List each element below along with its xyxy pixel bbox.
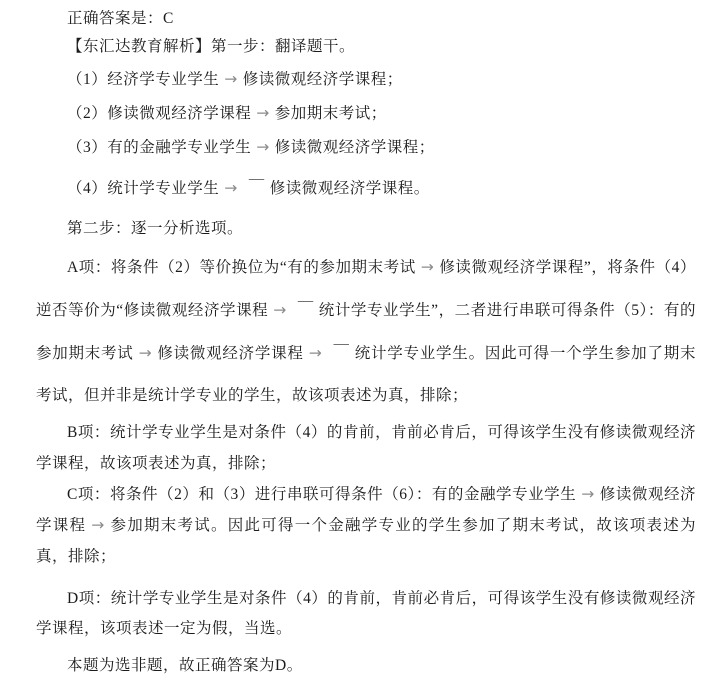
condition-1: （1）经济学专业学生→修读微观经济学课程； <box>36 62 696 97</box>
condition-2: （2）修读微观经济学课程→参加期末考试； <box>36 97 696 130</box>
text-segment: 参加期末考试。因此可得一个金融学专业的学生参加了期末考试，故该项表述为真，排除； <box>36 517 696 565</box>
option-c-analysis: C项：将条件（2）和（3）进行串联可得条件（6）：有的金融学专业学生→修读微观经… <box>36 479 696 572</box>
text-segment: （1）经济学专业学生 <box>67 71 219 88</box>
arrow-icon: → <box>251 104 275 122</box>
text-segment: C项：将条件（2）和（3）进行串联可得条件（6）：有的金融学专业学生 <box>67 486 576 503</box>
text-segment: （4）统计学专业学生 <box>67 180 219 197</box>
option-a-analysis: A项：将条件（2）等价换位为“有的参加期末考试→修读微观经济学课程”，将条件（4… <box>36 246 696 417</box>
text-segment: （2）修读微观经济学课程 <box>67 105 251 122</box>
negation-symbol: ￣ <box>298 302 314 319</box>
arrow-icon: → <box>576 485 600 503</box>
step-2-header: 第二步：逐一分析选项。 <box>36 212 696 246</box>
arrow-icon: → <box>251 138 275 156</box>
arrow-icon: → <box>86 516 110 534</box>
negation-symbol: ￣ <box>333 345 350 362</box>
arrow-icon: → <box>219 70 243 88</box>
text-segment: 修读微观经济学课程 <box>157 345 304 362</box>
text-segment: D项：统计学专业学生是对条件（4）的肯前，肯前必肯后，可得该学生没有修读微观经济… <box>36 590 696 637</box>
conclusion: 本题为选非题，故正确答案为D。 <box>36 650 696 675</box>
arrow-icon: → <box>134 344 158 362</box>
negation-symbol: ￣ <box>249 180 265 197</box>
text-segment: 本题为选非题，故正确答案为D。 <box>67 657 303 674</box>
arrow-icon: → <box>304 344 328 362</box>
text-segment: A项：将条件（2）等价换位为“有的参加期末考试 <box>67 259 416 276</box>
analysis-document: 正确答案是：C【东汇达教育解析】第一步：翻译题干。（1）经济学专业学生→修读微观… <box>0 0 726 675</box>
text-segment: 【东汇达教育解析】第一步：翻译题干。 <box>67 38 355 55</box>
arrow-icon: → <box>268 301 292 319</box>
condition-3: （3）有的金融学专业学生→修读微观经济学课程； <box>36 130 696 165</box>
text-segment: 正确答案是：C <box>67 10 174 27</box>
arrow-icon: → <box>416 258 440 276</box>
option-d-analysis: D项：统计学专业学生是对条件（4）的肯前，肯前必肯后，可得该学生没有修读微观经济… <box>36 584 696 644</box>
text-segment: 修读微观经济学课程。 <box>270 180 430 197</box>
text-segment: 第二步：逐一分析选项。 <box>67 220 243 237</box>
option-b-analysis: B项：统计学专业学生是对条件（4）的肯前，肯前必肯后，可得该学生没有修读微观经济… <box>36 417 696 479</box>
analysis-header: 【东汇达教育解析】第一步：翻译题干。 <box>36 32 696 62</box>
correct-answer-line: 正确答案是：C <box>36 6 696 32</box>
arrow-icon: → <box>219 179 243 197</box>
text-segment: B项：统计学专业学生是对条件（4）的肯前，肯前必肯后，可得该学生没有修读微观经济… <box>36 424 696 472</box>
text-segment: （3）有的金融学专业学生 <box>67 139 251 156</box>
text-segment: 修读微观经济学课程； <box>275 139 435 156</box>
text-segment: 修读微观经济学课程； <box>243 71 403 88</box>
condition-4: （4）统计学专业学生→￣修读微观经济学课程。 <box>36 165 696 212</box>
text-segment: 参加期末考试； <box>275 105 387 122</box>
